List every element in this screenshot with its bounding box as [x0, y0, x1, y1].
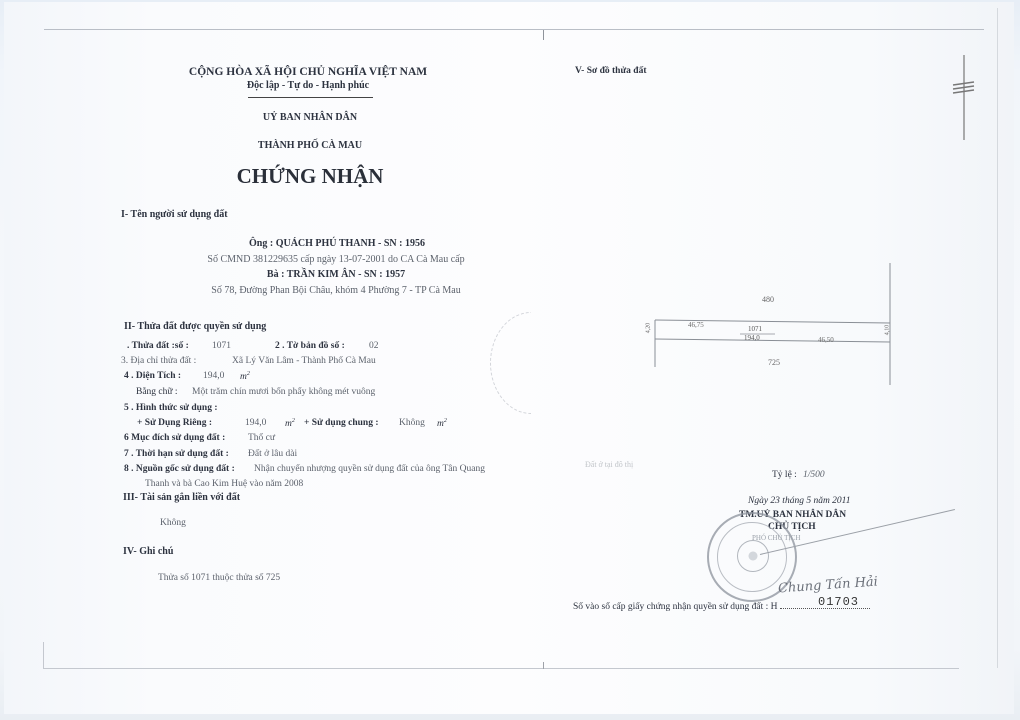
- location-label: 3. Địa chỉ thửa đất :: [121, 356, 196, 366]
- section1-heading: I- Tên người sử dụng đất: [121, 209, 228, 220]
- term-value: Đất ở lâu dài: [248, 449, 297, 459]
- shared-use-value: Không: [399, 418, 425, 428]
- national-emblem-icon: [737, 540, 769, 572]
- section4-heading: IV- Ghi chú: [123, 546, 173, 557]
- notes-value: Thửa số 1071 thuộc thửa số 725: [158, 573, 280, 583]
- shared-use-unit: m2: [437, 418, 447, 429]
- parcel-diagram: 480 46,75 1071 194,0 46,50 4,20 4,10 725: [640, 255, 900, 385]
- register-number: 01703: [818, 595, 859, 609]
- scale-label: Tỷ lệ :: [772, 470, 797, 480]
- faint-overprint: Đất ở tại đô thị: [585, 460, 633, 469]
- bottom-edge-length: 46,50: [818, 336, 834, 344]
- map-sheet-value: 02: [369, 341, 379, 351]
- shared-use-label: + Sử dụng chung :: [304, 418, 378, 428]
- origin-label: 8 . Nguồn gốc sử dụng đất :: [124, 464, 235, 474]
- private-use-label: + Sử Dụng Riêng :: [137, 418, 212, 428]
- parcel-label: . Thửa đất :số :: [127, 341, 189, 351]
- frame-line-bottom: [44, 668, 959, 669]
- section2-heading: II- Thửa đất được quyền sử dụng: [124, 321, 266, 332]
- area-words-value: Một trăm chín mươi bốn phẩy không mét vu…: [192, 387, 375, 397]
- area-words-label: Bằng chữ :: [136, 387, 178, 397]
- parcel-number-label: 1071: [748, 325, 762, 333]
- authority-name: UỶ BAN NHÂN DÂN: [263, 112, 357, 123]
- fold-mark-bottom: [543, 662, 544, 669]
- frame-line-right: [997, 8, 998, 668]
- origin-value: Nhận chuyển nhượng quyền sử dụng đất của…: [254, 464, 485, 474]
- parcel-area-label: 194,0: [744, 334, 760, 342]
- frame-line-top: [44, 29, 984, 30]
- origin-value-cont: Thanh và bà Cao Kim Huệ vào năm 2008: [145, 479, 303, 489]
- scale-value: 1/500: [803, 470, 825, 480]
- stamp-title: PHÓ CHỦ TỊCH: [752, 534, 801, 542]
- national-motto: Độc lập - Tự do - Hạnh phúc: [247, 80, 369, 91]
- location-value: Xã Lý Văn Lâm - Thành Phố Cà Mau: [232, 356, 376, 366]
- neighbor-parcel-bottom: 725: [768, 358, 780, 367]
- private-use-value: 194,0: [245, 418, 266, 428]
- owner1: Ông : QUÁCH PHÚ THANH - SN : 1956: [249, 238, 425, 249]
- area-value: 194,0: [203, 371, 224, 381]
- purpose-value: Thổ cư: [248, 433, 275, 443]
- term-label: 7 . Thời hạn sử dụng đất :: [124, 449, 229, 459]
- parcel-value: 1071: [212, 341, 231, 351]
- private-use-unit: m2: [285, 418, 295, 429]
- section5-heading: V- Sơ đồ thửa đất: [575, 66, 647, 76]
- north-arrow-icon: [950, 55, 980, 145]
- attached-assets-value: Không: [160, 518, 186, 528]
- section3-heading: III- Tài sản gắn liền với đất: [123, 492, 240, 503]
- area-label: 4 . Diện Tích :: [124, 371, 181, 381]
- map-sheet-label: 2 . Tờ bản đồ số :: [275, 341, 345, 351]
- right-edge-length: 4,10: [884, 325, 890, 336]
- usage-form-label: 5 . Hình thức sử dụng :: [124, 403, 218, 413]
- city-name: THÀNH PHỐ CÀ MAU: [258, 140, 362, 151]
- document-title: CHỨNG NHẬN: [237, 164, 384, 189]
- country-name: CỘNG HÒA XÃ HỘI CHỦ NGHĨA VIỆT NAM: [189, 66, 427, 78]
- owner2: Bà : TRẦN KIM ÂN - SN : 1957: [267, 269, 405, 280]
- id-line: Số CMND 381229635 cấp ngày 13-07-2001 do…: [207, 254, 464, 265]
- neighbor-parcel-top: 480: [762, 295, 774, 304]
- area-unit: m2: [240, 371, 250, 382]
- header-divider: [248, 97, 373, 98]
- frame-line-left: [43, 642, 44, 669]
- left-edge-length: 4,20: [645, 323, 651, 334]
- owner-address: Số 78, Đường Phan Bội Châu, khóm 4 Phườn…: [211, 285, 460, 296]
- top-edge-length: 46,75: [688, 321, 704, 329]
- issue-date: Ngày 23 tháng 5 năm 2011: [748, 496, 850, 506]
- purpose-label: 6 Mục đích sử dụng đất :: [124, 433, 225, 443]
- fold-mark-top: [543, 30, 544, 40]
